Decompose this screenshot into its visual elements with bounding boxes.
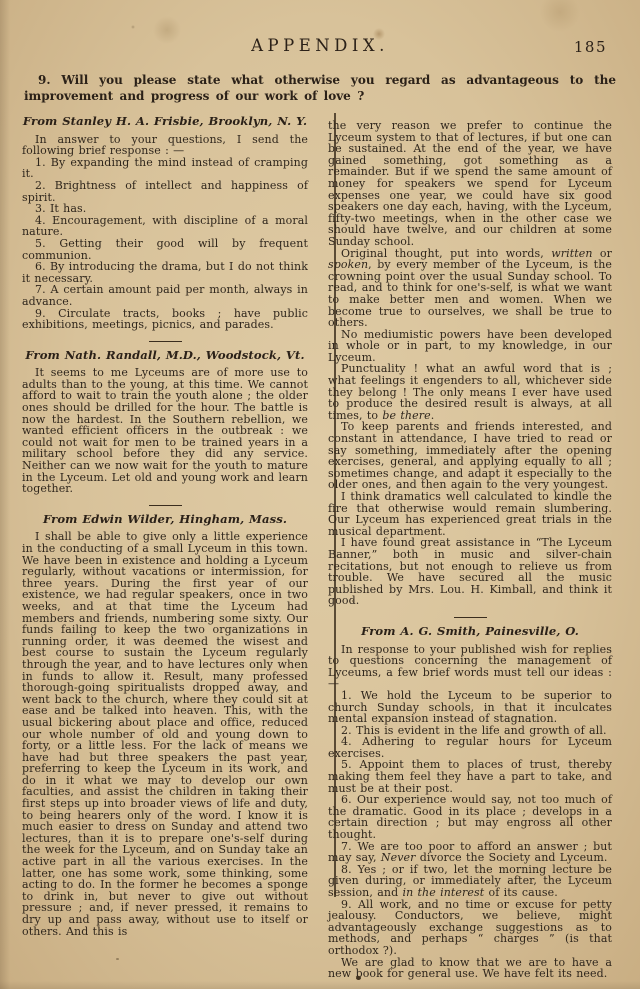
section-divider — [149, 505, 182, 506]
paragraph: 4. Adhering to regular hours for Lyceum … — [328, 736, 612, 759]
page-title: APPENDIX. — [0, 36, 640, 55]
question-text: 9. Will you please state what otherwise … — [24, 72, 616, 104]
paragraph: 6. Our experience would say, not too muc… — [328, 794, 612, 840]
paragraph: In answer to your questions, I send the … — [22, 134, 308, 157]
paragraph: I have found great assistance in “The Ly… — [328, 537, 612, 607]
paragraph: 2. Brightness of intellect and happiness… — [22, 180, 308, 203]
paragraph: No mediumistic powers have been develope… — [328, 329, 612, 364]
paragraph: 9. All work, and no time or excuse for p… — [328, 899, 612, 957]
page-number: 185 — [574, 38, 607, 56]
paragraph: We are glad to know that we are to have … — [328, 957, 612, 980]
right-column: the very reason we prefer to continue th… — [328, 113, 612, 980]
paragraph: 5. Getting their good will by frequent c… — [22, 238, 308, 261]
paragraph: 7. We are too poor to afford an answer ;… — [328, 841, 612, 864]
paragraph: In response to your published wish for r… — [328, 644, 612, 690]
paragraph: I think dramatics well calculated to kin… — [328, 491, 612, 537]
section-divider — [454, 617, 487, 618]
paragraph: the very reason we prefer to continue th… — [328, 120, 612, 248]
paragraph: Punctuality ! what an awful word that is… — [328, 363, 612, 421]
text-columns: From Stanley H. A. Frisbie, Brooklyn, N.… — [22, 113, 618, 980]
paragraph: 6. By introducing the drama, but I do no… — [22, 261, 308, 284]
paragraph: 1. We hold the Lyceum to be superior to … — [328, 690, 612, 725]
paragraph: 8. Yes ; or if two, let the morning lect… — [328, 864, 612, 899]
left-column: From Stanley H. A. Frisbie, Brooklyn, N.… — [22, 113, 308, 937]
paragraph: 3. It has. — [22, 203, 308, 215]
section-heading: From Stanley H. A. Frisbie, Brooklyn, N.… — [22, 116, 308, 128]
paragraph: 4. Encouragement, with discipline of a m… — [22, 215, 308, 238]
section-heading: From A. G. Smith, Painesville, O. — [328, 626, 612, 638]
ink-speck — [356, 976, 361, 980]
ink-speck — [352, 600, 354, 602]
paragraph: It seems to me Lyceums are of more use t… — [22, 367, 308, 495]
paragraph: I shall be able to give only a little ex… — [22, 531, 308, 937]
paragraph: Original thought, put into words, writte… — [328, 248, 612, 329]
section-divider — [149, 341, 182, 342]
paragraph: 7. A certain amount paid per month, alwa… — [22, 284, 308, 307]
page-bottom-shadow — [0, 981, 640, 989]
paragraph: 9. Circulate tracts, books ; have public… — [22, 308, 308, 331]
section-heading: From Edwin Wilder, Hingham, Mass. — [22, 514, 308, 526]
section-heading: From Nath. Randall, M.D., Woodstock, Vt. — [22, 350, 308, 362]
paragraph: To keep parents and friends interested, … — [328, 421, 612, 491]
page-edge-shadow — [0, 0, 10, 989]
paragraph: 1. By expanding the mind instead of cram… — [22, 157, 308, 180]
ink-speck — [116, 958, 119, 960]
paragraph: 5. Appoint them to places of trust, ther… — [328, 759, 612, 794]
column-divider-rule — [334, 113, 336, 897]
